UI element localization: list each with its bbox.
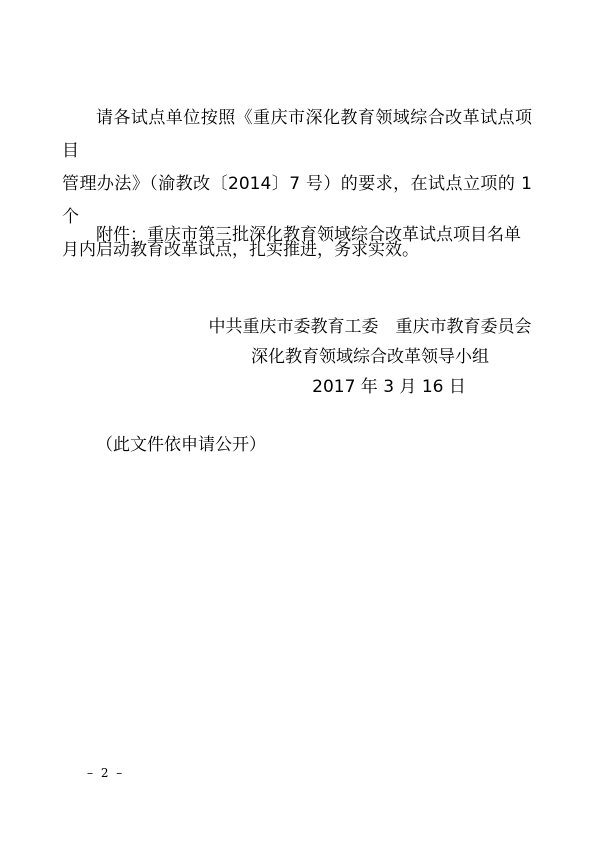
signature-date: 2017 年 3 月 16 日	[150, 372, 590, 402]
attachment-line: 附件：重庆市第三批深化教育领域综合改革试点项目名单	[62, 219, 532, 252]
document-page: 请各试点单位按照《重庆市深化教育领域综合改革试点项目 管理办法》（渝教改〔201…	[0, 0, 594, 841]
signature-issuer-line-1: 中共重庆市委教育工委 重庆市教育委员会	[150, 312, 590, 342]
disclosure-note: （此文件依申请公开）	[62, 429, 532, 462]
signature-issuer-line-2: 深化教育领域综合改革领导小组	[150, 342, 590, 372]
paragraph-line-1: 请各试点单位按照《重庆市深化教育领域综合改革试点项目	[62, 102, 532, 168]
page-number: – 2 –	[87, 766, 124, 780]
signature-block: 中共重庆市委教育工委 重庆市教育委员会 深化教育领域综合改革领导小组 2017 …	[150, 312, 590, 402]
